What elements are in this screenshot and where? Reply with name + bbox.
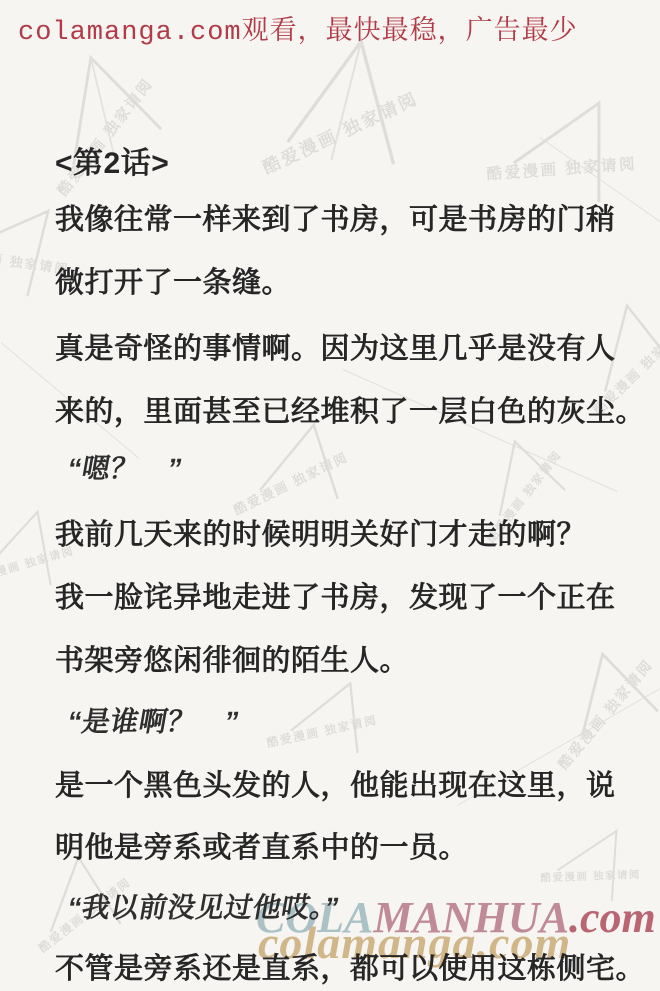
text-line: 我像往常一样来到了书房，可是书房的门稍	[55, 197, 645, 238]
story-text: <第2话> 我像往常一样来到了书房，可是书房的门稍 微打开了一条缝。 真是奇怪的…	[0, 0, 660, 991]
text-line: 是一个黑色头发的人，他能出现在这里，说	[55, 763, 645, 804]
ad-banner-text: colamanga.com观看，最快最稳，广告最少	[18, 8, 648, 48]
chapter-title: <第2话>	[55, 138, 645, 182]
quote-line: “是谁啊？ ”	[64, 700, 660, 740]
text-line: 书架旁悠闲徘徊的陌生人。	[55, 638, 645, 679]
comic-page: colamanga.com观看，最快最稳，广告最少 酷爱漫画 独家请阅 酷爱漫画…	[0, 0, 660, 991]
text-line: 我一脸诧异地走进了书房，发现了一个正在	[55, 575, 645, 616]
text-line: 我前几天来的时候明明关好门才走的啊？	[55, 512, 645, 553]
text-line: 明他是旁系或者直系中的一员。	[55, 825, 645, 866]
text-line: 不管是旁系还是直系，都可以使用这栋侧宅。	[55, 946, 645, 987]
text-line: 来的，里面甚至已经堆积了一层白色的灰尘。	[55, 389, 645, 430]
text-line: 微打开了一条缝。	[55, 260, 645, 301]
text-line: 真是奇怪的事情啊。因为这里几乎是没有人	[55, 326, 645, 367]
quote-line: “嗯？ ”	[64, 447, 660, 487]
quote-line: “我以前没见过他哎。”	[64, 886, 660, 926]
